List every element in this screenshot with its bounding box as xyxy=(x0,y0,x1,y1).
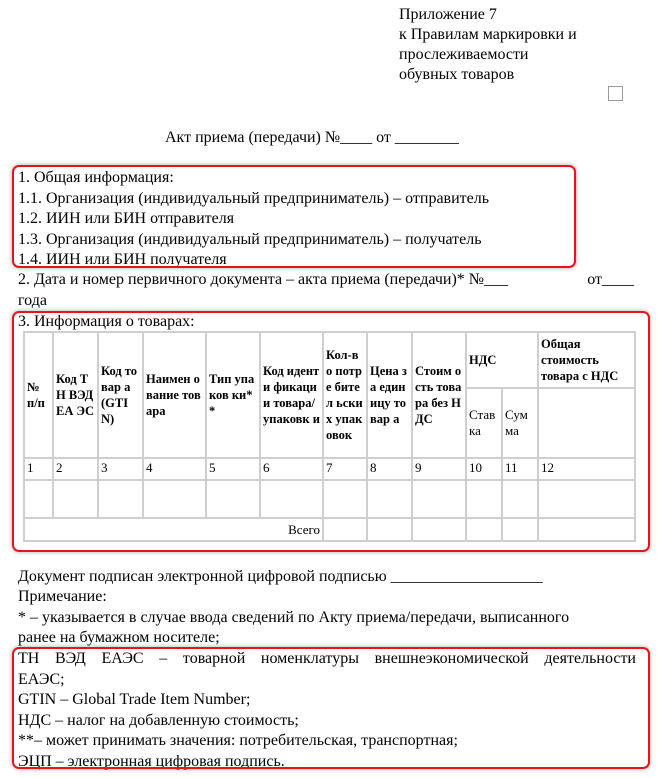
total-cell[interactable] xyxy=(502,518,538,541)
table-cell[interactable] xyxy=(323,480,367,518)
note-tnved-cont: ЕАЭС; xyxy=(18,670,636,691)
column-number: 5 xyxy=(206,458,260,480)
table-cell[interactable] xyxy=(24,480,53,518)
note-asterisk: * – указывается в случае ввода сведений … xyxy=(18,608,569,629)
notes: Примечание: * – указывается в случае вво… xyxy=(18,587,569,649)
header-cell: Код товар а (GTI N) xyxy=(98,332,143,458)
table-cell[interactable] xyxy=(466,480,502,518)
checkbox[interactable] xyxy=(608,86,623,101)
header-cell-nds: НДС xyxy=(466,332,538,388)
appendix-line: прослеживаемости xyxy=(399,45,577,65)
header-cell: Наимен ование товара xyxy=(143,332,206,458)
header-cell: Общая стоимость товара с НДС xyxy=(538,332,635,388)
total-cell[interactable] xyxy=(367,518,412,541)
section2-text: 2. Дата и номер первичного документа – а… xyxy=(18,270,508,291)
column-number: 6 xyxy=(260,458,323,480)
header-cell: № п/п xyxy=(24,332,53,458)
subheader-cell-rate: Став ка xyxy=(466,388,502,458)
total-cell[interactable] xyxy=(412,518,466,541)
column-number: 2 xyxy=(53,458,98,480)
note-nds: НДС – налог на добавленную стоимость; xyxy=(18,711,636,732)
section-item: 1.2. ИИН или БИН отправителя xyxy=(18,209,489,230)
section-title: 1. Общая информация: xyxy=(18,168,489,189)
total-label: Всего xyxy=(24,518,323,541)
column-number: 3 xyxy=(98,458,143,480)
column-number: 9 xyxy=(412,458,466,480)
header-cell-empty xyxy=(538,388,635,458)
note-ecp: ЭЦП – электронная цифровая подпись. xyxy=(18,752,636,773)
goods-table: № п/п Код ТН ВЭД ЕА ЭС Код товар а (GTI … xyxy=(23,331,636,542)
table-cell[interactable] xyxy=(143,480,206,518)
column-number: 12 xyxy=(538,458,635,480)
table-cell[interactable] xyxy=(502,480,538,518)
column-number: 7 xyxy=(323,458,367,480)
table-cell[interactable] xyxy=(260,480,323,518)
section2-date: от____ xyxy=(587,270,634,291)
appendix-line: Приложение 7 xyxy=(399,5,577,25)
column-number: 1 xyxy=(24,458,53,480)
table-cell[interactable] xyxy=(538,480,635,518)
table-cell[interactable] xyxy=(98,480,143,518)
header-cell: Кол-во потре бител ьских упак овок xyxy=(323,332,367,458)
subheader-cell-sum: Сум ма xyxy=(502,388,538,458)
section-item: 1.1. Организация (индивидуальный предпри… xyxy=(18,189,489,210)
table-cell[interactable] xyxy=(206,480,260,518)
section-item: 1.4. ИИН или БИН получателя xyxy=(18,250,489,271)
section-primary-document: 2. Дата и номер первичного документа – а… xyxy=(18,270,634,311)
note-asterisk-cont: ранее на бумажном носителе; xyxy=(18,628,569,649)
header-cell: Код ТН ВЭД ЕА ЭС xyxy=(53,332,98,458)
header-cell: Стоим ость товара без НДС xyxy=(412,332,466,458)
appendix-line: обувных товаров xyxy=(399,65,577,85)
column-number: 8 xyxy=(367,458,412,480)
appendix-header: Приложение 7 к Правилам маркировки и про… xyxy=(399,5,577,85)
signature-line: Документ подписан электронной цифровой п… xyxy=(18,567,543,588)
section-general-info: 1. Общая информация: 1.1. Организация (и… xyxy=(18,168,489,271)
header-cell: Цена за един ицу товар а xyxy=(367,332,412,458)
notes-title: Примечание: xyxy=(18,587,569,608)
table-cell[interactable] xyxy=(367,480,412,518)
table-cell[interactable] xyxy=(53,480,98,518)
header-cell: Тип упаков ки** xyxy=(206,332,260,458)
total-cell[interactable] xyxy=(538,518,635,541)
total-row: Всего xyxy=(24,518,635,541)
header-cell: Код иденти фикаци и товара/ упаковк и xyxy=(260,332,323,458)
column-number: 10 xyxy=(466,458,502,480)
total-cell[interactable] xyxy=(466,518,502,541)
column-number: 4 xyxy=(143,458,206,480)
total-cell[interactable] xyxy=(323,518,367,541)
column-number: 11 xyxy=(502,458,538,480)
section-goods-title: 3. Информация о товарах: xyxy=(18,312,195,333)
note-package-type: **– может принимать значения: потребител… xyxy=(18,731,636,752)
table-row xyxy=(24,480,635,518)
section2-year: года xyxy=(18,291,634,312)
abbreviations: ТН ВЭД ЕАЭС – товарной номенклатуры внеш… xyxy=(18,649,636,772)
section-item: 1.3. Организация (индивидуальный предпри… xyxy=(18,230,489,251)
act-title: Акт приема (передачи) №____ от ________ xyxy=(165,128,459,149)
table-cell[interactable] xyxy=(412,480,466,518)
note-tnved: ТН ВЭД ЕАЭС – товарной номенклатуры внеш… xyxy=(18,649,636,670)
note-gtin: GTIN – Global Trade Item Number; xyxy=(18,690,636,711)
appendix-line: к Правилам маркировки и xyxy=(399,25,577,45)
